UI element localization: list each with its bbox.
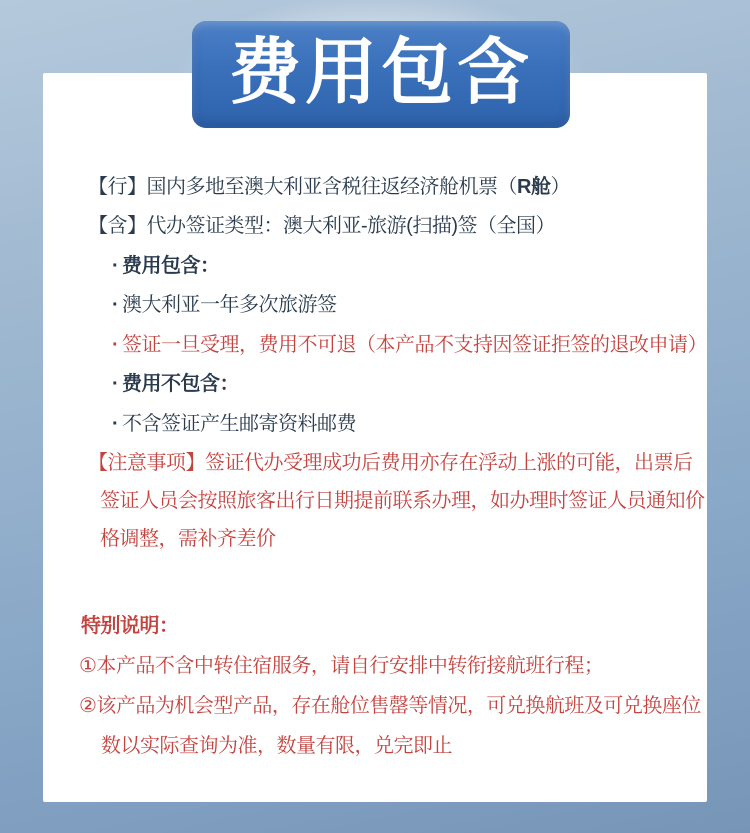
special-note-2-line2: 数以实际查询为准，数量有限，兑完即止	[101, 733, 452, 759]
fee-exclude-header: ·费用不包含：	[112, 371, 239, 397]
fee-include-header: ·费用包含：	[112, 253, 220, 279]
fee-nonrefund-note: ·签证一旦受理，费用不可退（本产品不支持因签证拒签的退改申请）	[112, 332, 707, 358]
content-card: 【行】国内多地至澳大利亚含税往返经济舱机票（R舱） 【含】代办签证类型：澳大利亚…	[43, 73, 707, 802]
flight-line-suffix: ）	[550, 176, 570, 198]
bullet-icon: ·	[112, 332, 122, 358]
bullet-icon: ·	[112, 411, 122, 437]
special-note-2-line1: ②该产品为机会型产品，存在舱位售罄等情况，可兑换航班及可兑换座位	[79, 693, 701, 719]
notice-line-1: 【注意事项】签证代办受理成功后费用亦存在浮动上涨的可能，出票后	[88, 450, 693, 476]
fee-exclude-header-text: 费用不包含：	[122, 373, 239, 395]
notice-line-2: 签证人员会按照旅客出行日期提前联系办理，如办理时签证人员通知价	[100, 488, 705, 514]
fee-include-item: ·澳大利亚一年多次旅游签	[112, 292, 337, 318]
fee-exclude-item-text: 不含签证产生邮寄资料邮费	[122, 413, 356, 435]
bullet-icon: ·	[112, 292, 122, 318]
flight-line: 【行】国内多地至澳大利亚含税往返经济舱机票（R舱）	[88, 174, 570, 200]
fee-include-header-text: 费用包含：	[122, 255, 220, 277]
fee-include-item-text: 澳大利亚一年多次旅游签	[122, 294, 337, 316]
fee-exclude-item: ·不含签证产生邮寄资料邮费	[112, 411, 356, 437]
bullet-icon: ·	[112, 253, 122, 279]
flight-line-cabin-code: R舱	[517, 176, 550, 198]
bullet-icon: ·	[112, 371, 122, 397]
fee-nonrefund-note-text: 签证一旦受理，费用不可退（本产品不支持因签证拒签的退改申请）	[122, 334, 707, 356]
section-banner: 费用包含	[192, 21, 570, 128]
special-note-title: 特别说明：	[81, 613, 179, 639]
flight-line-prefix: 【行】国内多地至澳大利亚含税往返经济舱机票（	[88, 176, 517, 198]
special-note-1: ①本产品不含中转住宿服务，请自行安排中转衔接航班行程；	[79, 653, 603, 679]
visa-type-line: 【含】代办签证类型：澳大利亚-旅游(扫描)签（全国）	[88, 213, 555, 239]
banner-title: 费用包含	[229, 37, 533, 109]
notice-line-3: 格调整，需补齐差价	[100, 526, 276, 552]
